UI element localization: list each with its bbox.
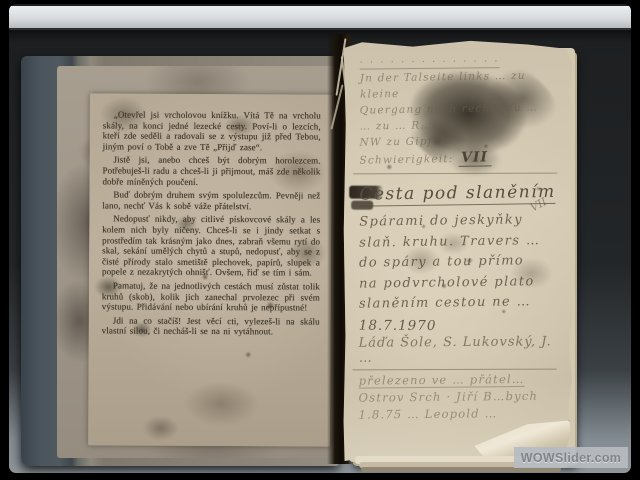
printed-paragraph: „Otevřel jsi vrcholovou knížku. Vítá Tě … (103, 109, 321, 153)
second-entry-date: 1.8.75 … Leopold … (358, 404, 558, 423)
printed-paragraph: Nedopusť nikdy, aby citlivé pískovcové s… (102, 214, 320, 279)
hand-drawn-rule (353, 368, 557, 370)
difficulty-label: Schwierigkeit: (359, 153, 453, 167)
german-route-line: Jn der Talseite links … zu kleine (360, 67, 561, 102)
route-description-line: Spárami do jeskyňky (359, 210, 559, 233)
route-description-line: do spáry a tou přímo (359, 251, 559, 274)
climber-signatures: Láďa Šole, S. Lukovský, J. … (359, 334, 559, 365)
printed-paragraph: Jistě jsi, anebo chceš být dobrým horole… (102, 155, 320, 188)
route-heading: Cesta pod slaněním (359, 182, 556, 207)
difficulty-grade: VII (458, 149, 491, 167)
ascent-date: 18.7.1970 (359, 317, 559, 334)
photo-area: „Otevřel jsi vrcholovou knížku. Vítá Tě … (9, 4, 631, 473)
route-description-line: slaň. kruhu. Travers … (359, 230, 559, 253)
difficulty-row: Schwierigkeit: VII (359, 148, 559, 168)
book-top-shadow (9, 28, 631, 42)
wowslider-watermark[interactable]: WOWSlider.com (514, 447, 628, 468)
photo-frame: „Otevřel jsi vrcholovou knížku. Vítá Tě … (0, 0, 640, 480)
printed-paragraph: Pamatuj, že na jednotlivých cestách musí… (102, 280, 320, 313)
second-entry-line: přelezeno ve … přátel… (359, 370, 559, 389)
background-surface (9, 6, 631, 30)
printed-paragraph: Buď dobrým druhem svým spolulezcům. Pevn… (102, 190, 320, 212)
watermark-label: WOWSlider.com (521, 451, 621, 465)
second-entry-text: přelezeno ve … přátel… (359, 371, 525, 388)
route-description-line: slaněním cestou ne … (359, 292, 559, 315)
second-entry-line: Ostrov Srch · Jiří B…bych (359, 387, 559, 406)
printed-paragraph: Jdi na co stačíš! Jest věcí cti, vylezeš… (102, 315, 320, 337)
right-handwritten-page: VII · · · · · · · · · · · · · · Jn der T… (342, 40, 573, 465)
route-description-line: na podvrcholové plato (359, 271, 559, 294)
left-printed-page: „Otevřel jsi vrcholovou knížku. Vítá Tě … (88, 93, 332, 446)
